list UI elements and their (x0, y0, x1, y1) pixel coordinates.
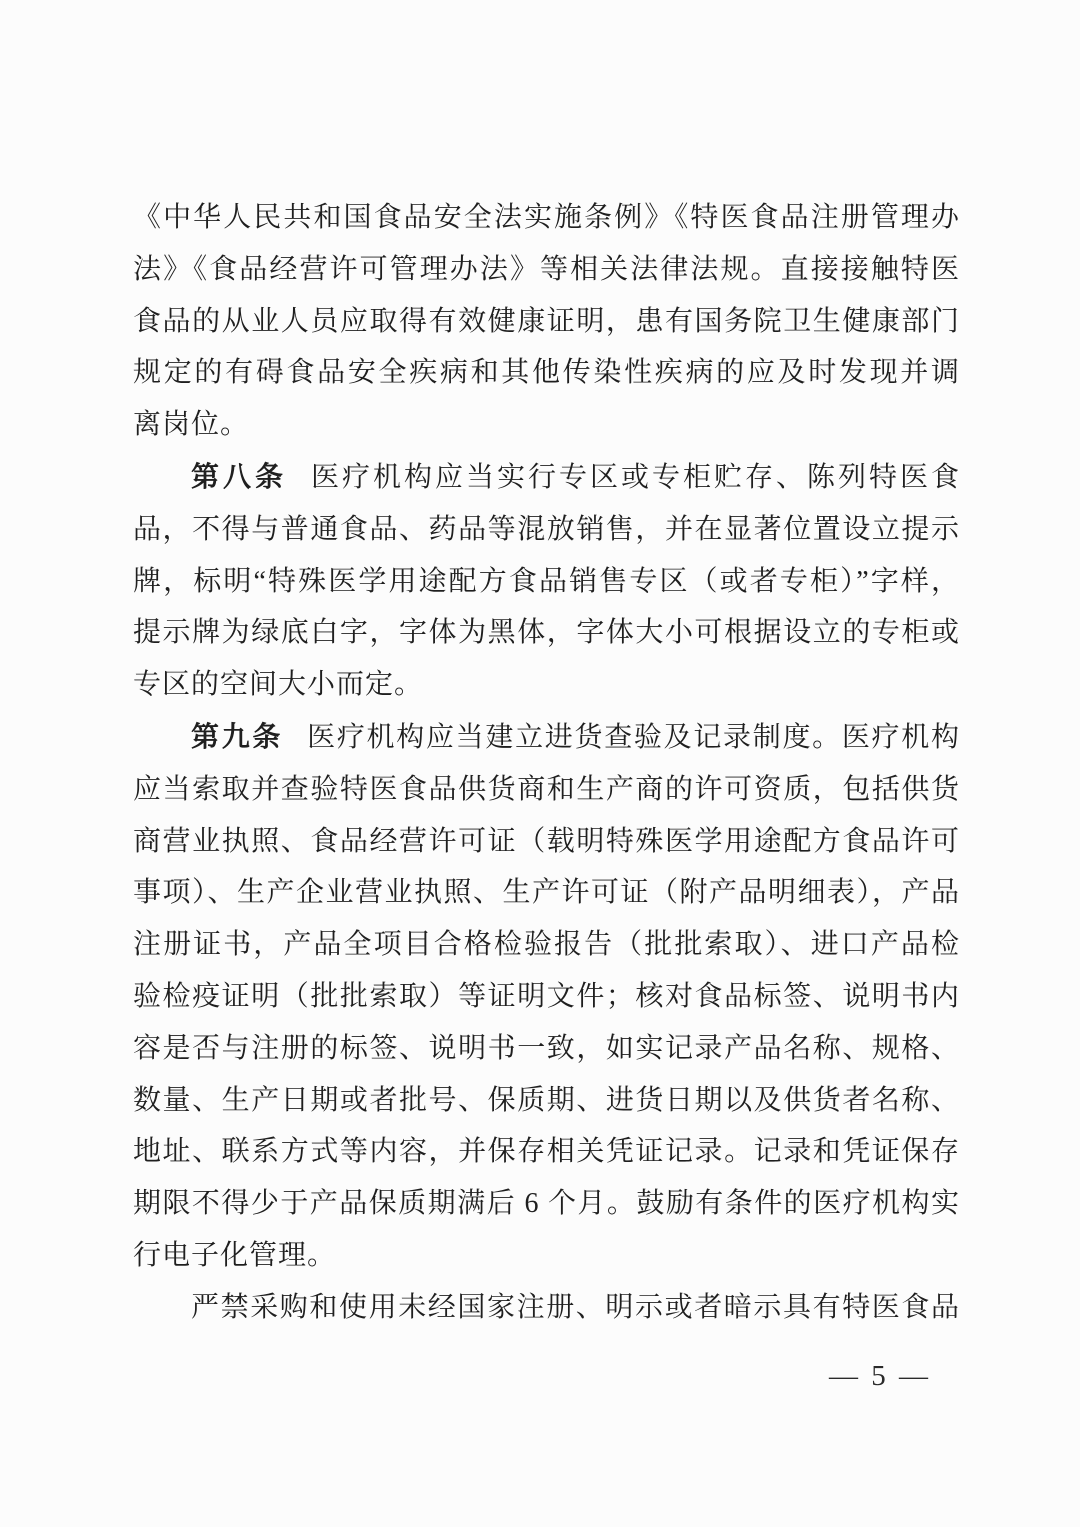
text-line: 地址、联系方式等内容，并保存相关凭证记录。记录和凭证保存 (133, 1126, 960, 1178)
text-line: 品，不得与普通食品、药品等混放销售，并在显著位置设立提示 (133, 504, 960, 556)
document-page: 《中华人民共和国食品安全法实施条例》《特医食品注册管理办 法》《食品经营许可管理… (0, 0, 1080, 1527)
article-8-heading: 第八条 (191, 461, 287, 492)
text-line: 法》《食品经营许可管理办法》等相关法律法规。直接接触特医 (133, 244, 960, 296)
text-line: 食品的从业人员应取得有效健康证明，患有国务院卫生健康部门 (133, 296, 960, 348)
document-text: 《中华人民共和国食品安全法实施条例》《特医食品注册管理办 法》《食品经营许可管理… (133, 192, 960, 1334)
text-line: 离岗位。 (133, 399, 960, 451)
text-run: 医疗机构应当实行专区或专柜贮存、陈列特医食 (311, 462, 960, 493)
text-run: 医疗机构应当建立进货查验及记录制度。医疗机构 (307, 722, 960, 753)
text-line: 数量、生产日期或者批号、保质期、进货日期以及供货者名称、 (133, 1075, 960, 1127)
text-line: 商营业执照、食品经营许可证（载明特殊医学用途配方食品许可 (133, 816, 960, 868)
text-line: 严禁采购和使用未经国家注册、明示或者暗示具有特医食品 (133, 1282, 960, 1334)
page-number: — 5 — (820, 1360, 940, 1393)
text-line: 牌，标明“特殊医学用途配方食品销售专区（或者专柜）”字样， (133, 556, 960, 608)
text-line: 提示牌为绿底白字，字体为黑体，字体大小可根据设立的专柜或 (133, 607, 960, 659)
text-line: 规定的有碍食品安全疾病和其他传染性疾病的应及时发现并调 (133, 347, 960, 399)
text-line: 注册证书，产品全项目合格检验报告（批批索取）、进口产品检 (133, 919, 960, 971)
text-line: 《中华人民共和国食品安全法实施条例》《特医食品注册管理办 (133, 192, 960, 244)
text-line: 事项）、生产企业营业执照、生产许可证（附产品明细表），产品 (133, 867, 960, 919)
text-line-article-8: 第八条医疗机构应当实行专区或专柜贮存、陈列特医食 (133, 451, 960, 504)
article-9-heading: 第九条 (191, 721, 283, 752)
text-line: 专区的空间大小而定。 (133, 659, 960, 711)
text-line: 应当索取并查验特医食品供货商和生产商的许可资质，包括供货 (133, 764, 960, 816)
text-line: 容是否与注册的标签、说明书一致，如实记录产品名称、规格、 (133, 1023, 960, 1075)
text-line: 期限不得少于产品保质期满后 6 个月。鼓励有条件的医疗机构实 (133, 1178, 960, 1230)
text-line: 验检疫证明（批批索取）等证明文件；核对食品标签、说明书内 (133, 971, 960, 1023)
text-line: 行电子化管理。 (133, 1230, 960, 1282)
text-line-article-9: 第九条医疗机构应当建立进货查验及记录制度。医疗机构 (133, 711, 960, 764)
